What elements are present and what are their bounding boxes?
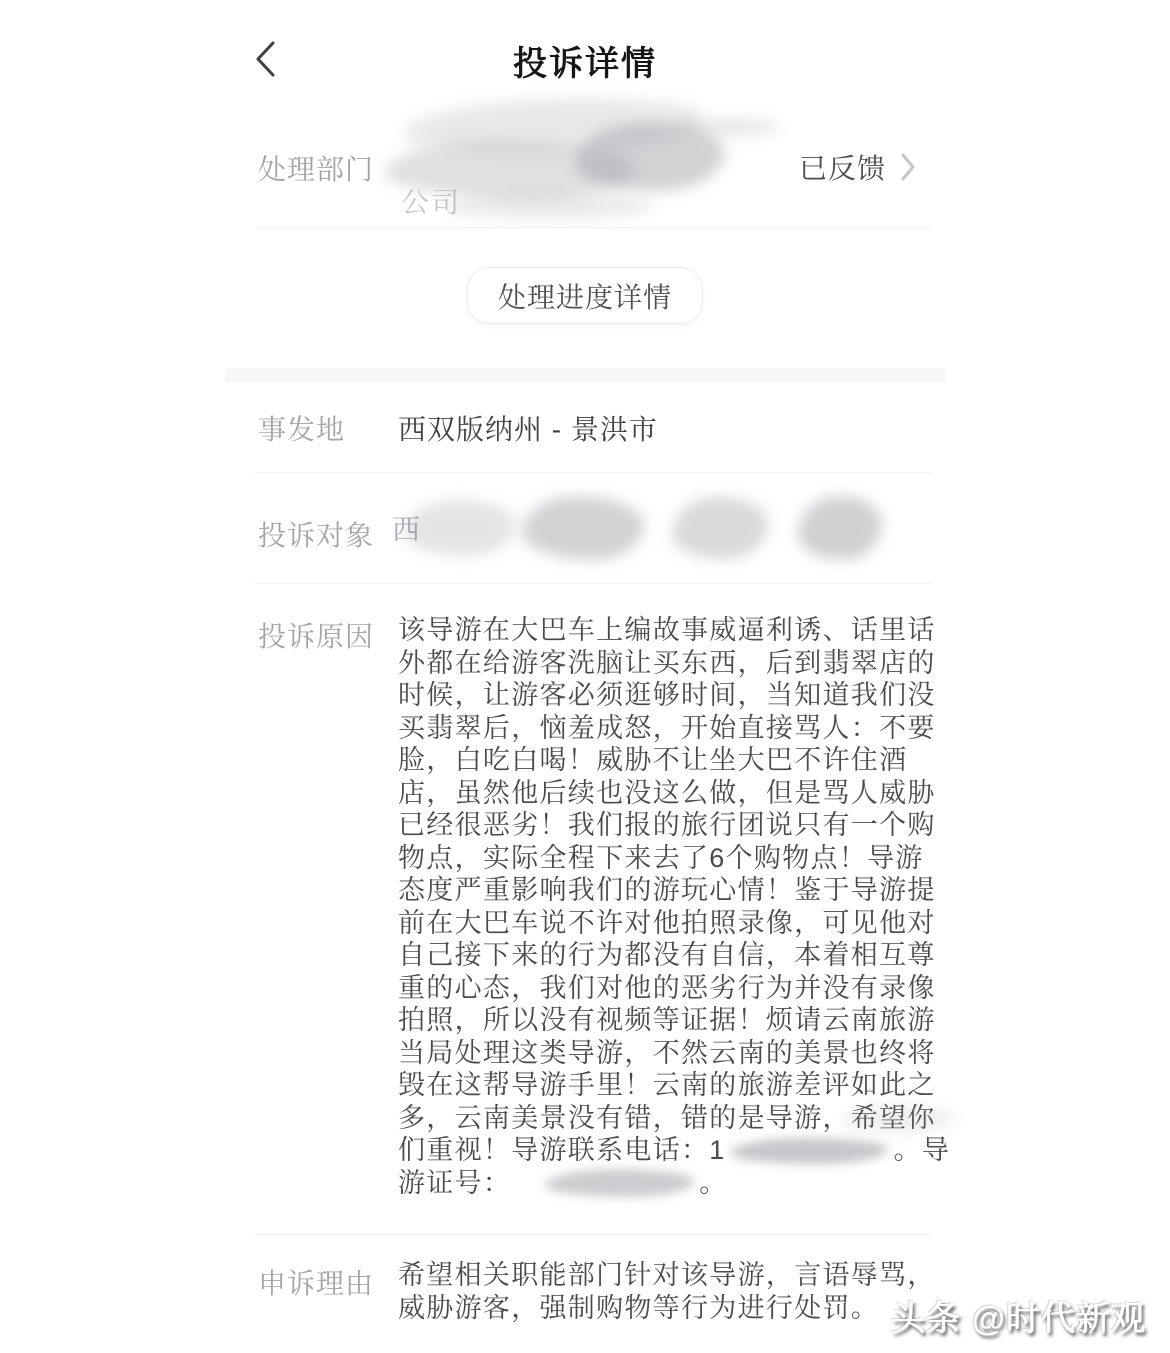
- reason-line: 店，虽然他后续也没这么做，但是骂人威胁: [398, 777, 950, 810]
- redaction-scribble: [445, 193, 655, 219]
- appeal-reason-section: 申诉理由 希望相关职能部门针对该导游，言语辱骂， 威胁游客，强制购物等行为进行处…: [225, 1235, 945, 1334]
- reason-line: 外都在给游客洗脑让买东西，后到翡翠店的: [398, 647, 950, 680]
- appeal-line: 威胁游客，强制购物等行为进行处罚。: [398, 1292, 945, 1325]
- redaction-scribble: [672, 497, 768, 559]
- reason-line: 当局处理这类导游，不然云南的美景也终将: [398, 1037, 950, 1070]
- reason-line-phone: 们重视！导游联系电话：1。导: [398, 1134, 950, 1167]
- reason-line: 毁在这帮导游手里！云南的旅游差评如此之: [398, 1069, 950, 1102]
- section-separator-band: [225, 368, 945, 382]
- location-label: 事发地: [258, 408, 345, 448]
- redaction-scribble: [404, 500, 516, 556]
- redaction-scribble: [797, 495, 883, 562]
- reason-line: 脸，白吃白喝！威胁不让坐大巴不许住酒: [398, 744, 950, 777]
- target-value-redacted: 西: [392, 492, 882, 564]
- reason-line: 时候，让游客必须逛够时间，当知道我们没: [398, 679, 950, 712]
- redaction-scribble-cert: [545, 1169, 695, 1197]
- redaction-scribble: [677, 119, 781, 135]
- reason-line-cert: 游证号：。: [398, 1167, 950, 1200]
- location-value: 西双版纳州 - 景洪市: [398, 408, 658, 448]
- appeal-label: 申诉理由: [258, 1262, 374, 1302]
- reason-label: 投诉原因: [258, 615, 374, 655]
- complaint-target-row: 投诉对象 西: [225, 473, 945, 583]
- phone-line-prefix: 们重视！导游联系电话：1: [398, 1135, 726, 1165]
- incident-location-row: 事发地 西双版纳州 - 景洪市: [225, 382, 945, 472]
- reason-line: 前在大巴车说不许对他拍照录像，可见他对: [398, 907, 950, 940]
- cert-line-prefix: 游证号：: [398, 1168, 511, 1198]
- redaction-scribble: [842, 1105, 954, 1133]
- target-label: 投诉对象: [258, 514, 374, 554]
- progress-detail-button[interactable]: 处理进度详情: [467, 267, 703, 324]
- reason-line: 拍照，所以没有视频等证据！烦请云南旅游: [398, 1004, 950, 1037]
- reason-text: 该导游在大巴车上编故事威逼利诱、话里话 外都在给游客洗脑让买东西，后到翡翠店的 …: [398, 614, 950, 1199]
- progress-button-area: 处理进度详情: [225, 228, 945, 368]
- chevron-right-icon: [900, 152, 918, 182]
- reason-line: 该导游在大巴车上编故事威逼利诱、话里话: [398, 614, 950, 647]
- appeal-line: 希望相关职能部门针对该导游，言语辱骂，: [398, 1259, 945, 1292]
- cert-line-suffix: 。: [699, 1168, 727, 1198]
- watermark: 头条 @时代新观: [891, 1291, 1146, 1340]
- reason-line: 重的心态，我们对他的恶劣行为并没有录像: [398, 972, 950, 1005]
- phone-line-suffix: 。导: [894, 1135, 951, 1165]
- reason-line: 多，云南美景没有错，错的是导游，希望你: [398, 1102, 950, 1135]
- header: 投诉详情: [225, 0, 945, 82]
- complaint-reason-section: 投诉原因 该导游在大巴车上编故事威逼利诱、话里话 外都在给游客洗脑让买东西，后到…: [225, 584, 945, 1234]
- department-row: 处理部门 公司 已反馈: [225, 97, 945, 227]
- page-title: 投诉详情: [225, 36, 945, 85]
- complaint-detail-screen: 投诉详情 处理部门 公司 已反馈 处理进度详情 事发地 西双版纳州 -: [225, 0, 945, 1334]
- department-value-redacted: 公司: [385, 99, 730, 221]
- redaction-scribble-phone: [730, 1138, 888, 1164]
- reason-line: 买翡翠后，恼羞成怒，开始直接骂人：不要: [398, 712, 950, 745]
- redaction-scribble: [521, 494, 645, 562]
- reason-line: 物点，实际全程下来去了6个购物点！导游: [398, 842, 950, 875]
- reason-line: 态度严重影响我们的游玩心情！鉴于导游提: [398, 874, 950, 907]
- appeal-text: 希望相关职能部门针对该导游，言语辱骂， 威胁游客，强制购物等行为进行处罚。: [398, 1259, 945, 1324]
- reason-line: 自己接下来的行为都没有自信，本着相互尊: [398, 939, 950, 972]
- feedback-status-link[interactable]: 已反馈: [799, 147, 918, 187]
- status-badge: 已反馈: [799, 147, 886, 187]
- department-label: 处理部门: [258, 148, 374, 188]
- reason-line: 已经很恶劣！我们报的旅行团说只有一个购: [398, 809, 950, 842]
